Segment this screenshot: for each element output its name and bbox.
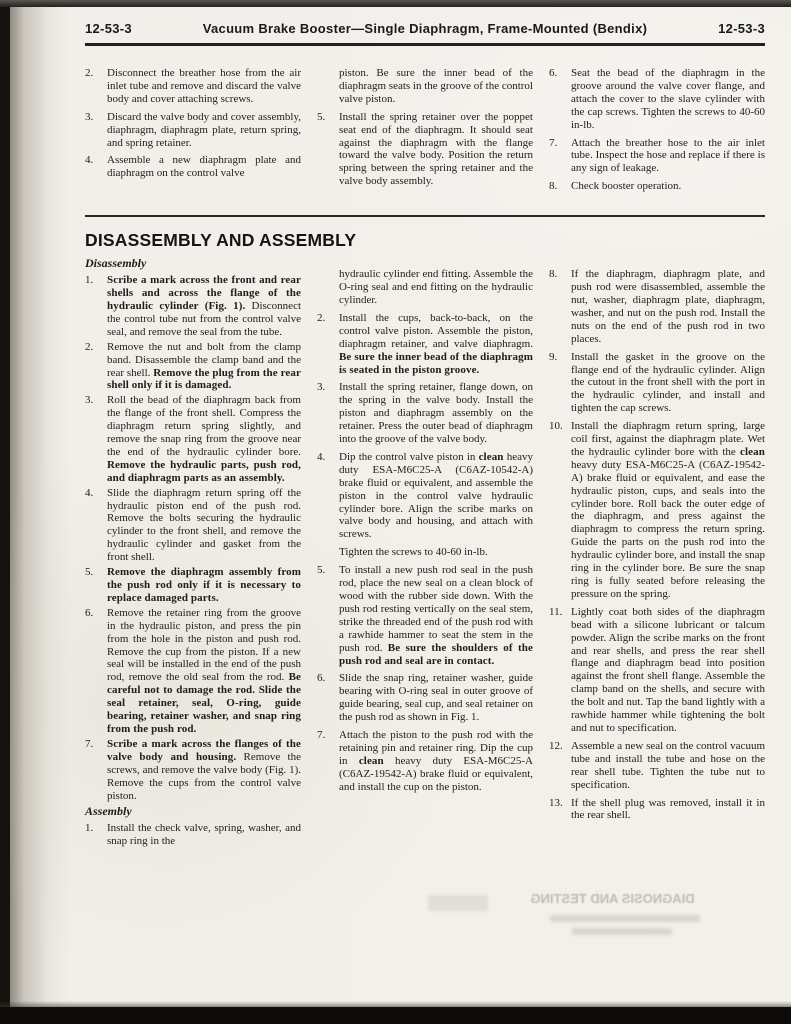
item-text: Roll the bead of the diaphragm back from… bbox=[107, 394, 301, 484]
item-text: Attach the piston to the push rod with t… bbox=[339, 729, 533, 794]
list-item: 7.Scribe a mark across the flanges of th… bbox=[85, 738, 301, 803]
list-item: 2.Install the cups, back-to-back, on the… bbox=[317, 312, 533, 377]
list-item: Tighten the screws to 40-60 in-lb. bbox=[317, 546, 533, 559]
list-item: 1.Install the check valve, spring, washe… bbox=[85, 822, 301, 848]
page-number-left: 12-53-3 bbox=[85, 21, 175, 36]
column-3: 8.If the diaphragm, diaphragm plate, and… bbox=[549, 255, 765, 850]
item-number: 4. bbox=[317, 451, 339, 464]
item-number: 6. bbox=[549, 67, 571, 80]
bleed-through-smudge bbox=[550, 915, 700, 922]
item-number: 5. bbox=[317, 111, 339, 124]
item-number: 1. bbox=[85, 822, 107, 835]
item-number: 7. bbox=[85, 738, 107, 751]
bleed-through-text: DIAGNOSIS AND TESTING bbox=[505, 891, 720, 906]
item-number: 1. bbox=[85, 274, 107, 287]
item-number: 13. bbox=[549, 797, 571, 810]
item-number: 3. bbox=[85, 111, 107, 124]
header-rule bbox=[85, 43, 765, 46]
item-number: 6. bbox=[85, 607, 107, 620]
item-number: 8. bbox=[549, 268, 571, 281]
item-number: 4. bbox=[85, 154, 107, 167]
item-text: To install a new push rod seal in the pu… bbox=[339, 564, 533, 667]
manual-page: 12-53-3 Vacuum Brake Booster—Single Diap… bbox=[10, 7, 791, 1007]
item-number: 7. bbox=[549, 137, 571, 150]
item-text: Assemble a new diaphragm plate and diaph… bbox=[107, 154, 301, 180]
item-number: 2. bbox=[85, 341, 107, 354]
item-text: Disconnect the breather hose from the ai… bbox=[107, 67, 301, 106]
item-text: Discard the valve body and cover assembl… bbox=[107, 111, 301, 150]
disassembly-assembly-section: Disassembly1.Scribe a mark across the fr… bbox=[85, 255, 765, 850]
page-title: Vacuum Brake Booster—Single Diaphragm, F… bbox=[175, 21, 675, 36]
item-text: Install the cups, back-to-back, on the c… bbox=[339, 312, 533, 377]
item-text: Slide the diaphragm return spring off th… bbox=[107, 487, 301, 564]
item-number: 2. bbox=[85, 67, 107, 80]
list-item: 3.Discard the valve body and cover assem… bbox=[85, 111, 301, 150]
list-item: 7.Attach the breather hose to the air in… bbox=[549, 137, 765, 176]
item-number: 9. bbox=[549, 351, 571, 364]
list-item: 12.Assemble a new seal on the control va… bbox=[549, 740, 765, 792]
item-text: Attach the breather hose to the air inle… bbox=[571, 137, 765, 176]
page-content: 12-53-3 Vacuum Brake Booster—Single Diap… bbox=[85, 21, 765, 850]
list-item: 3.Install the spring retainer, flange do… bbox=[317, 381, 533, 446]
item-number: 10. bbox=[549, 420, 571, 433]
item-text: If the shell plug was removed, install i… bbox=[571, 797, 765, 823]
list-item: 1.Scribe a mark across the front and rea… bbox=[85, 274, 301, 339]
continued-procedure-section: 2.Disconnect the breather hose from the … bbox=[85, 67, 765, 198]
list-item: 9.Install the gasket in the groove on th… bbox=[549, 351, 765, 416]
item-text: Install the check valve, spring, washer,… bbox=[107, 822, 301, 848]
list-item: 8.Check booster operation. bbox=[549, 180, 765, 193]
list-item: 2.Disconnect the breather hose from the … bbox=[85, 67, 301, 106]
item-text: Check booster operation. bbox=[571, 180, 765, 193]
item-number: 11. bbox=[549, 606, 571, 619]
item-number: 3. bbox=[317, 381, 339, 394]
list-item: 6.Seat the bead of the diaphragm in the … bbox=[549, 67, 765, 132]
list-item: 6.Remove the retainer ring from the groo… bbox=[85, 607, 301, 736]
item-text: piston. Be sure the inner bead of the di… bbox=[339, 67, 533, 106]
list-item: piston. Be sure the inner bead of the di… bbox=[317, 67, 533, 106]
item-number: 5. bbox=[85, 566, 107, 579]
item-number: 12. bbox=[549, 740, 571, 753]
item-number: 8. bbox=[549, 180, 571, 193]
page-header: 12-53-3 Vacuum Brake Booster—Single Diap… bbox=[85, 21, 765, 36]
item-text: Install the diaphragm return spring, lar… bbox=[571, 420, 765, 601]
item-number: 6. bbox=[317, 672, 339, 685]
item-number: 2. bbox=[317, 312, 339, 325]
item-text: Install the spring retainer, flange down… bbox=[339, 381, 533, 446]
column-1: Disassembly1.Scribe a mark across the fr… bbox=[85, 255, 301, 850]
list-item: 13.If the shell plug was removed, instal… bbox=[549, 797, 765, 823]
column-2: piston. Be sure the inner bead of the di… bbox=[317, 67, 533, 198]
section-divider-rule bbox=[85, 215, 765, 217]
page-number-right: 12-53-3 bbox=[675, 21, 765, 36]
list-item: hydraulic cylinder end fitting. Assemble… bbox=[317, 268, 533, 307]
scanned-page: 12-53-3 Vacuum Brake Booster—Single Diap… bbox=[0, 0, 791, 1024]
list-item: 3.Roll the bead of the diaphragm back fr… bbox=[85, 394, 301, 484]
item-text: Install the spring retainer over the pop… bbox=[339, 111, 533, 188]
list-item: 11.Lightly coat both sides of the diaphr… bbox=[549, 606, 765, 735]
item-text: Tighten the screws to 40-60 in-lb. bbox=[339, 546, 533, 559]
list-item: 5.Install the spring retainer over the p… bbox=[317, 111, 533, 188]
column-2: hydraulic cylinder end fitting. Assemble… bbox=[317, 255, 533, 850]
item-text: Remove the nut and bolt from the clamp b… bbox=[107, 341, 301, 393]
item-text: Remove the diaphragm assembly from the p… bbox=[107, 566, 301, 605]
list-item: 5.Remove the diaphragm assembly from the… bbox=[85, 566, 301, 605]
list-item: 8.If the diaphragm, diaphragm plate, and… bbox=[549, 268, 765, 345]
scan-edge-bottom bbox=[0, 1007, 791, 1024]
item-text: Lightly coat both sides of the diaphragm… bbox=[571, 606, 765, 735]
list-item: 6.Slide the snap ring, retainer washer, … bbox=[317, 672, 533, 724]
list-item: 4.Slide the diaphragm return spring off … bbox=[85, 487, 301, 564]
bleed-through-smudge bbox=[572, 928, 672, 935]
item-text: Assemble a new seal on the control vacuu… bbox=[571, 740, 765, 792]
bleed-through-smudge bbox=[428, 895, 488, 911]
column-1: 2.Disconnect the breather hose from the … bbox=[85, 67, 301, 198]
item-text: Scribe a mark across the flanges of the … bbox=[107, 738, 301, 803]
subsection-label: Disassembly bbox=[85, 256, 301, 271]
item-number: 7. bbox=[317, 729, 339, 742]
item-text: Dip the control valve piston in clean he… bbox=[339, 451, 533, 541]
list-item: 4.Assemble a new diaphragm plate and dia… bbox=[85, 154, 301, 180]
item-number: 3. bbox=[85, 394, 107, 407]
list-item: 10.Install the diaphragm return spring, … bbox=[549, 420, 765, 601]
list-item: 7.Attach the piston to the push rod with… bbox=[317, 729, 533, 794]
item-number: 5. bbox=[317, 564, 339, 577]
item-text: Remove the retainer ring from the groove… bbox=[107, 607, 301, 736]
list-item: 2.Remove the nut and bolt from the clamp… bbox=[85, 341, 301, 393]
item-text: Install the gasket in the groove on the … bbox=[571, 351, 765, 416]
list-item: 5.To install a new push rod seal in the … bbox=[317, 564, 533, 667]
subsection-label: Assembly bbox=[85, 804, 301, 819]
item-text: hydraulic cylinder end fitting. Assemble… bbox=[339, 268, 533, 307]
item-text: Slide the snap ring, retainer washer, gu… bbox=[339, 672, 533, 724]
item-text: If the diaphragm, diaphragm plate, and p… bbox=[571, 268, 765, 345]
section-heading: DISASSEMBLY AND ASSEMBLY bbox=[85, 230, 765, 251]
item-text: Scribe a mark across the front and rear … bbox=[107, 274, 301, 339]
list-item: 4.Dip the control valve piston in clean … bbox=[317, 451, 533, 541]
column-3: 6.Seat the bead of the diaphragm in the … bbox=[549, 67, 765, 198]
scan-edge-top bbox=[0, 0, 791, 7]
item-number: 4. bbox=[85, 487, 107, 500]
item-text: Seat the bead of the diaphragm in the gr… bbox=[571, 67, 765, 132]
